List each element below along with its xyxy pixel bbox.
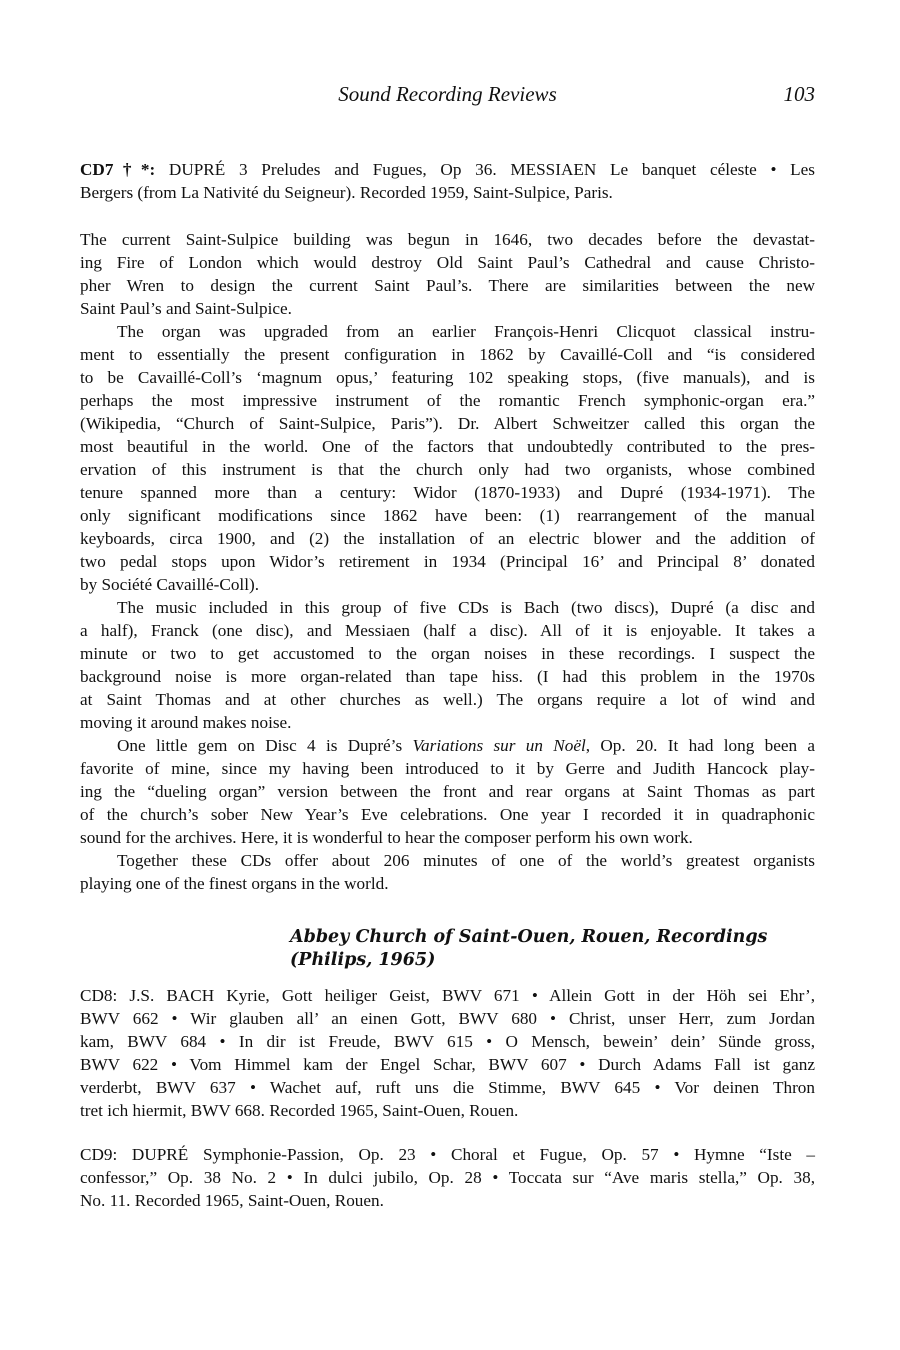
- review-body: The current Saint-Sulpice building was b…: [80, 228, 815, 895]
- review-line: favorite of mine, since my having been i…: [80, 757, 815, 780]
- page-number: 103: [784, 82, 816, 107]
- work-title: Variations sur un Noël: [412, 736, 585, 755]
- cd7-line: CD7†*: DUPRÉ 3 Preludes and Fugues, Op 3…: [80, 158, 815, 181]
- review-line: sound for the archives. Here, it is wond…: [80, 826, 815, 849]
- document-page: Sound Recording Reviews 103 CD7†*: DUPRÉ…: [0, 0, 900, 1350]
- cd9-line: No. 11. Recorded 1965, Saint-Ouen, Rouen…: [80, 1189, 815, 1212]
- cd8-line: BWV 622 • Vom Himmel kam der Engel Schar…: [80, 1053, 815, 1076]
- review-line: The music included in this group of five…: [80, 596, 815, 619]
- review-line: Together these CDs offer about 206 minut…: [80, 849, 815, 872]
- cd8-line: CD8: J.S. BACH Kyrie, Gott heiliger Geis…: [80, 984, 815, 1007]
- review-line: playing one of the finest organs in the …: [80, 872, 815, 895]
- cd9-entry: CD9: DUPRÉ Symphonie-Passion, Op. 23 • C…: [80, 1143, 815, 1212]
- review-line: to be Cavaillé-Coll’s ‘magnum opus,’ fea…: [80, 366, 815, 389]
- running-head: Sound Recording Reviews 103: [80, 82, 815, 108]
- review-line: ment to essentially the present configur…: [80, 343, 815, 366]
- cd9-line: CD9: DUPRÉ Symphonie-Passion, Op. 23 • C…: [80, 1143, 815, 1166]
- section-heading: Abbey Church of Saint-Ouen, Rouen, Recor…: [290, 926, 820, 972]
- review-line: by Société Cavaillé-Coll).: [80, 573, 815, 596]
- review-line: perhaps the most impressive instrument o…: [80, 389, 815, 412]
- review-line: most beautiful in the world. One of the …: [80, 435, 815, 458]
- cd7-line: Bergers (from La Nativité du Seigneur). …: [80, 181, 815, 204]
- review-line: tenure spanned more than a century: Wido…: [80, 481, 815, 504]
- review-line: of the church’s sober New Year’s Eve cel…: [80, 803, 815, 826]
- section-heading-line: (Philips, 1965): [290, 949, 820, 972]
- running-title: Sound Recording Reviews: [80, 82, 815, 107]
- review-line: ing Fire of London which would destroy O…: [80, 251, 815, 274]
- review-line: ing the “dueling organ” version between …: [80, 780, 815, 803]
- cd8-entry: CD8: J.S. BACH Kyrie, Gott heiliger Geis…: [80, 984, 815, 1122]
- review-line: The current Saint-Sulpice building was b…: [80, 228, 815, 251]
- review-line: moving it around makes noise.: [80, 711, 815, 734]
- cd8-line: kam, BWV 684 • In dir ist Freude, BWV 61…: [80, 1030, 815, 1053]
- review-line: (Wikipedia, “Church of Saint-Sulpice, Pa…: [80, 412, 815, 435]
- review-line: only significant modifications since 186…: [80, 504, 815, 527]
- review-line: background noise is more organ-related t…: [80, 665, 815, 688]
- review-line: Saint Paul’s and Saint-Sulpice.: [80, 297, 815, 320]
- review-line: ervation of this instrument is that the …: [80, 458, 815, 481]
- review-line: One little gem on Disc 4 is Dupré’s Vari…: [80, 734, 815, 757]
- cd7-label: CD7†*:: [80, 160, 155, 179]
- review-line: keyboards, circa 1900, and (2) the insta…: [80, 527, 815, 550]
- review-line: pher Wren to design the current Saint Pa…: [80, 274, 815, 297]
- cd8-line: tret ich hiermit, BWV 668. Recorded 1965…: [80, 1099, 815, 1122]
- review-line: at Saint Thomas and at other churches as…: [80, 688, 815, 711]
- cd8-line: verderbt, BWV 637 • Wachet auf, ruft uns…: [80, 1076, 815, 1099]
- section-heading-line: Abbey Church of Saint-Ouen, Rouen, Recor…: [290, 926, 820, 949]
- review-line: minute or two to get accustomed to the o…: [80, 642, 815, 665]
- cd7-entry: CD7†*: DUPRÉ 3 Preludes and Fugues, Op 3…: [80, 158, 815, 204]
- review-line: two pedal stops upon Widor’s retirement …: [80, 550, 815, 573]
- cd8-line: BWV 662 • Wir glauben all’ an einen Gott…: [80, 1007, 815, 1030]
- cd9-line: confessor,” Op. 38 No. 2 • In dulci jubi…: [80, 1166, 815, 1189]
- review-line: The organ was upgraded from an earlier F…: [80, 320, 815, 343]
- review-line: a half), Franck (one disc), and Messiaen…: [80, 619, 815, 642]
